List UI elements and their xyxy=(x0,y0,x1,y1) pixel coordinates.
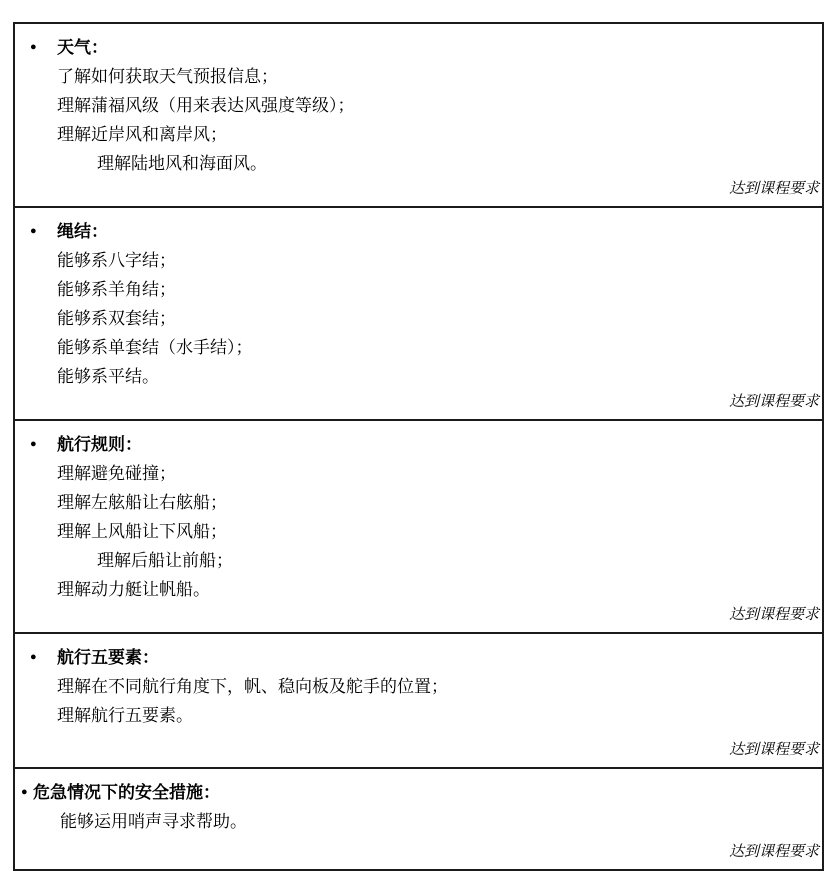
section-title: 危急情况下的安全措施： xyxy=(33,783,220,802)
bullet-icon: ● xyxy=(30,217,37,246)
section-weather: ● 天气： 了解如何获取天气预报信息； 理解蒲福风级（用来表达风强度等级）； 理… xyxy=(15,24,822,208)
section-title: 天气： xyxy=(57,38,108,57)
requirement-line: 理解蒲福风级（用来表达风强度等级）； xyxy=(57,91,808,120)
bullet-icon: ● xyxy=(30,430,37,459)
section-knots: ● 绳结： 能够系八字结； 能够系羊角结； 能够系双套结； 能够系单套结（水手结… xyxy=(15,208,822,421)
requirement-line: 能够运用哨声寻求帮助。 xyxy=(60,807,808,836)
requirement-line: 理解左舷船让右舷船； xyxy=(57,488,808,517)
course-requirement-note: 达到课程要求 xyxy=(57,841,819,865)
requirement-line: 理解在不同航行角度下，帆、稳向板及舵手的位置； xyxy=(57,672,808,701)
section-emergency-safety: ● 危急情况下的安全措施： 能够运用哨声寻求帮助。 达到课程要求 xyxy=(15,769,822,869)
requirement-line: 理解动力艇让帆船。 xyxy=(57,575,808,604)
requirement-line: 能够系羊角结； xyxy=(57,275,808,304)
section-heading: ● 危急情况下的安全措施： xyxy=(33,778,808,807)
section-heading: ● 绳结： xyxy=(57,217,808,246)
course-requirement-note: 达到课程要求 xyxy=(57,391,819,415)
requirement-line: 理解近岸风和离岸风； xyxy=(57,120,808,149)
requirement-line: 理解航行五要素。 xyxy=(57,701,808,730)
section-title: 绳结： xyxy=(57,222,108,241)
requirement-line: 能够系平结。 xyxy=(57,362,808,391)
section-sailing-rules: ● 航行规则： 理解避免碰撞； 理解左舷船让右舷船； 理解上风船让下风船； 理解… xyxy=(15,421,822,634)
section-heading: ● 航行规则： xyxy=(57,430,808,459)
requirement-line: 能够系八字结； xyxy=(57,246,808,275)
section-five-essentials: ● 航行五要素： 理解在不同航行角度下，帆、稳向板及舵手的位置； 理解航行五要素… xyxy=(15,634,822,769)
bullet-icon: ● xyxy=(30,643,37,672)
section-title: 航行五要素： xyxy=(57,648,159,667)
requirement-line: 能够系单套结（水手结）； xyxy=(57,333,808,362)
requirement-line: 能够系双套结； xyxy=(57,304,808,333)
requirement-line: 了解如何获取天气预报信息； xyxy=(57,62,808,91)
course-requirement-note: 达到课程要求 xyxy=(57,178,819,202)
section-title: 航行规则： xyxy=(57,435,142,454)
course-requirement-note: 达到课程要求 xyxy=(57,604,819,628)
requirements-table: ● 天气： 了解如何获取天气预报信息； 理解蒲福风级（用来表达风强度等级）； 理… xyxy=(13,22,824,871)
bullet-icon: ● xyxy=(21,778,28,807)
course-requirement-note: 达到课程要求 xyxy=(57,739,819,763)
requirement-line: 理解后船让前船； xyxy=(97,546,808,575)
section-heading: ● 航行五要素： xyxy=(57,643,808,672)
requirement-line: 理解避免碰撞； xyxy=(57,459,808,488)
section-heading: ● 天气： xyxy=(57,33,808,62)
requirement-line: 理解陆地风和海面风。 xyxy=(97,149,808,178)
requirement-line: 理解上风船让下风船； xyxy=(57,517,808,546)
bullet-icon: ● xyxy=(30,33,37,62)
